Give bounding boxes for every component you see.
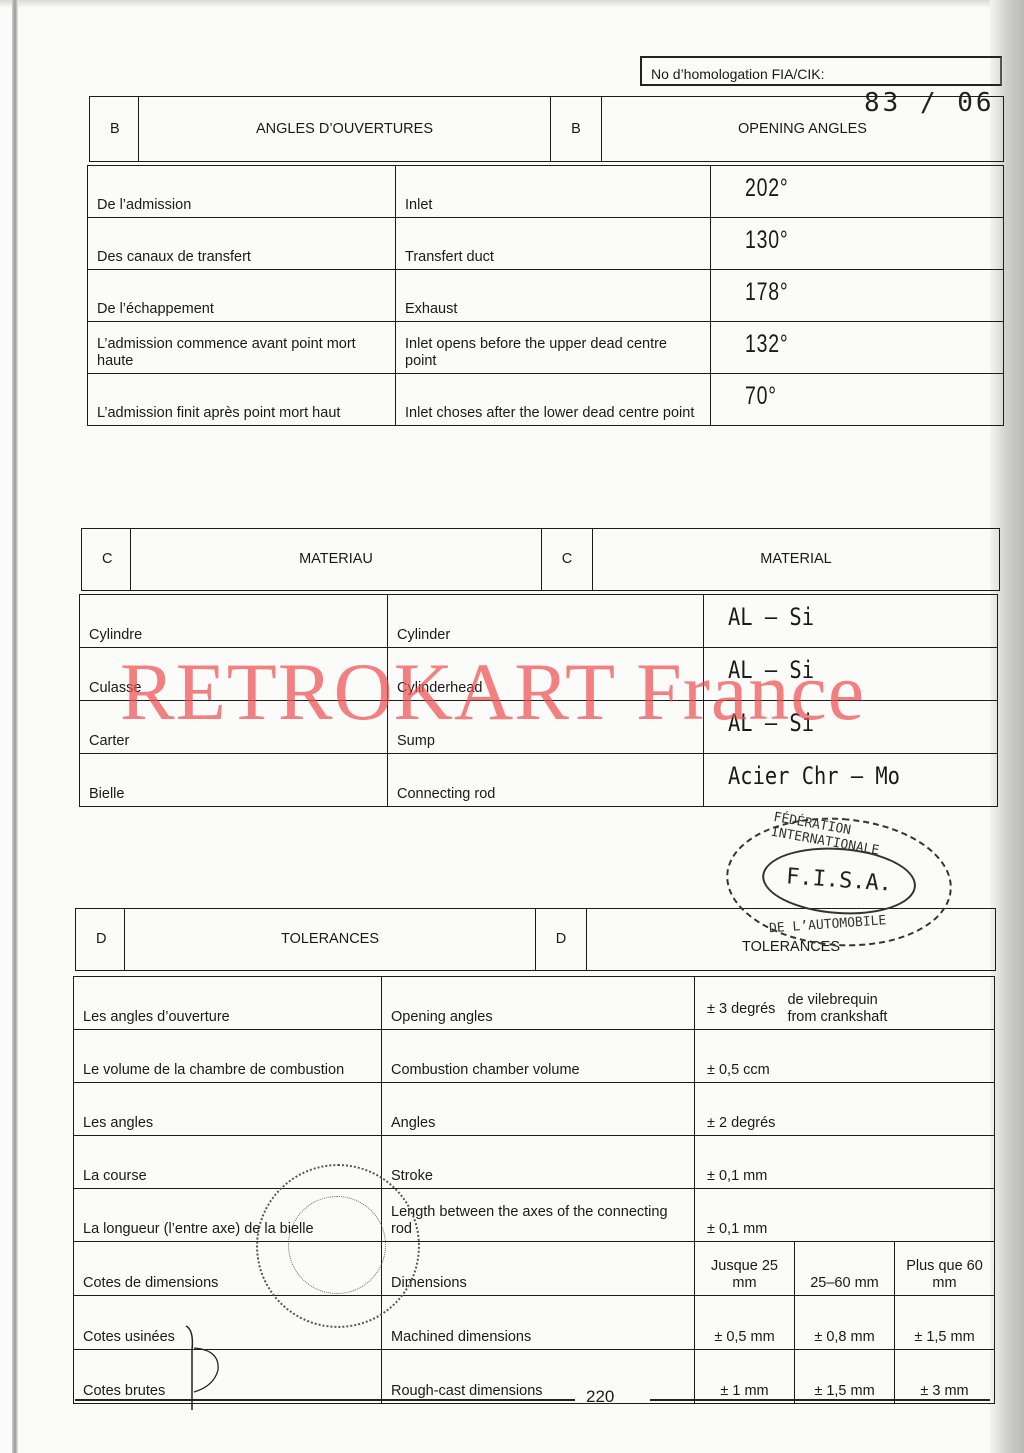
section-title-en: MATERIAL <box>593 529 1000 591</box>
table-row: De l’échappement Exhaust 178° <box>88 270 1004 322</box>
label-en: Angles <box>382 1083 695 1136</box>
section-letter: D <box>536 909 587 971</box>
label-fr: Des canaux de transfert <box>88 218 396 270</box>
table-row: La course Stroke ± 0,1 mm <box>74 1136 995 1189</box>
table-row: Carter Sump AL – Si <box>80 701 998 754</box>
tolerance-note-fr: de vilebrequin <box>787 992 877 1008</box>
table-row: Bielle Connecting rod Acier Chr – Mo <box>80 754 998 807</box>
table-row: Le volume de la chambre de combustion Co… <box>74 1030 995 1083</box>
faded-round-stamp <box>256 1164 420 1328</box>
section-title-fr: ANGLES D’OUVERTURES <box>139 97 551 162</box>
tolerance-value: ± 0,5 mm <box>695 1296 795 1350</box>
label-en: Machined dimensions <box>382 1296 695 1350</box>
label-fr: Carter <box>80 701 388 754</box>
section-title-en: OPENING ANGLES <box>602 97 1004 162</box>
dimension-column-header: Jusque 25 mm <box>695 1242 795 1296</box>
page-number: 220 <box>586 1387 614 1407</box>
tolerance-note-en: from crankshaft <box>787 1009 887 1025</box>
homologation-box: No d’homologation FIA/CIK: <box>640 56 1002 86</box>
material-value: AL – Si <box>728 715 814 732</box>
table-row: L’admission commence avant point mort ha… <box>88 322 1004 374</box>
homologation-label: No d’homologation FIA/CIK: <box>651 66 825 82</box>
label-en: Dimensions <box>382 1242 695 1296</box>
footer-line <box>75 1399 575 1401</box>
label-fr: Le volume de la chambre de combustion <box>74 1030 382 1083</box>
label-en: Stroke <box>382 1136 695 1189</box>
label-fr: De l’échappement <box>88 270 396 322</box>
material-value: AL – Si <box>728 662 814 679</box>
tolerance-value: ± 1,5 mm <box>895 1296 995 1350</box>
dimension-column-header: Plus que 60 mm <box>895 1242 995 1296</box>
angle-value: 178° <box>745 284 788 301</box>
label-en: Inlet opens before the upper dead centre… <box>396 322 711 374</box>
table-row: Cylindre Cylinder AL – Si <box>80 595 998 648</box>
angle-value: 202° <box>745 180 788 197</box>
stamp-bottom-text: DE L’AUTOMOBILE <box>769 913 887 936</box>
table-material: Cylindre Cylinder AL – Si Culasse Cylind… <box>79 594 998 807</box>
label-en: Exhaust <box>396 270 711 322</box>
table-row: Des canaux de transfert Transfert duct 1… <box>88 218 1004 270</box>
label-fr: Bielle <box>80 754 388 807</box>
tolerance-value: ± 1 mm <box>695 1350 795 1404</box>
dimension-column-header: 25–60 mm <box>795 1242 895 1296</box>
label-fr: Cylindre <box>80 595 388 648</box>
angle-value: 132° <box>745 336 788 353</box>
material-value: AL – Si <box>728 609 814 626</box>
footer-line <box>650 1399 990 1401</box>
label-fr: L’admission finit après point mort haut <box>88 374 396 426</box>
table-row: Culasse Cylinderhead AL – Si <box>80 648 998 701</box>
label-en: Combustion chamber volume <box>382 1030 695 1083</box>
label-en: Opening angles <box>382 977 695 1030</box>
table-row: Les angles Angles ± 2 degrés <box>74 1083 995 1136</box>
tolerance-value: ± 2 degrés <box>695 1083 995 1136</box>
table-row: L’admission finit après point mort haut … <box>88 374 1004 426</box>
table-row: La longueur (l’entre axe) de la bielle L… <box>74 1189 995 1242</box>
label-fr: Culasse <box>80 648 388 701</box>
angle-value: 130° <box>745 232 788 249</box>
label-en: Length between the axes of the connectin… <box>382 1189 695 1242</box>
label-fr: L’admission commence avant point mort ha… <box>88 322 396 374</box>
label-en: Inlet <box>396 166 711 218</box>
table-header-c: C MATERIAU C MATERIAL <box>81 528 1000 591</box>
section-letter: C <box>82 529 131 591</box>
label-fr: De l’admission <box>88 166 396 218</box>
label-en: Sump <box>388 701 704 754</box>
section-letter: B <box>90 97 139 162</box>
tolerance-value: ± 0,1 mm <box>695 1136 995 1189</box>
tolerance-value: ± 3 degrés <box>707 1001 775 1018</box>
label-en: Cylinder <box>388 595 704 648</box>
label-fr: Les angles d’ouverture <box>74 977 382 1030</box>
section-letter: D <box>76 909 125 971</box>
tolerance-value: ± 3 mm <box>895 1350 995 1404</box>
tolerance-value: ± 1,5 mm <box>795 1350 895 1404</box>
section-letter: C <box>542 529 593 591</box>
scan-edge-left <box>12 0 18 1453</box>
table-row: De l’admission Inlet 202° <box>88 166 1004 218</box>
tolerance-value: ± 0,1 mm <box>695 1189 995 1242</box>
table-row: Les angles d’ouverture Opening angles ± … <box>74 977 995 1030</box>
section-letter: B <box>551 97 602 162</box>
table-row-dimensions-header: Cotes de dimensions Dimensions Jusque 25… <box>74 1242 995 1296</box>
label-en: Cylinderhead <box>388 648 704 701</box>
handwritten-bracket-mark <box>180 1320 240 1415</box>
section-title-fr: TOLERANCES <box>125 909 536 971</box>
scan-edge-top <box>0 0 1024 8</box>
label-fr: Les angles <box>74 1083 382 1136</box>
label-en: Transfert duct <box>396 218 711 270</box>
tolerance-value: ± 0,8 mm <box>795 1296 895 1350</box>
label-en: Connecting rod <box>388 754 704 807</box>
section-title-fr: MATERIAU <box>131 529 542 591</box>
faded-stamp-inner <box>288 1196 386 1294</box>
table-opening-angles: De l’admission Inlet 202° Des canaux de … <box>87 165 1004 426</box>
table-header-b: B ANGLES D’OUVERTURES B OPENING ANGLES <box>89 96 1004 162</box>
material-value: Acier Chr – Mo <box>728 768 900 785</box>
label-en: Rough-cast dimensions <box>382 1350 695 1404</box>
tolerance-value: ± 0,5 ccm <box>695 1030 995 1083</box>
label-en: Inlet choses after the lower dead centre… <box>396 374 711 426</box>
angle-value: 70° <box>745 388 777 405</box>
